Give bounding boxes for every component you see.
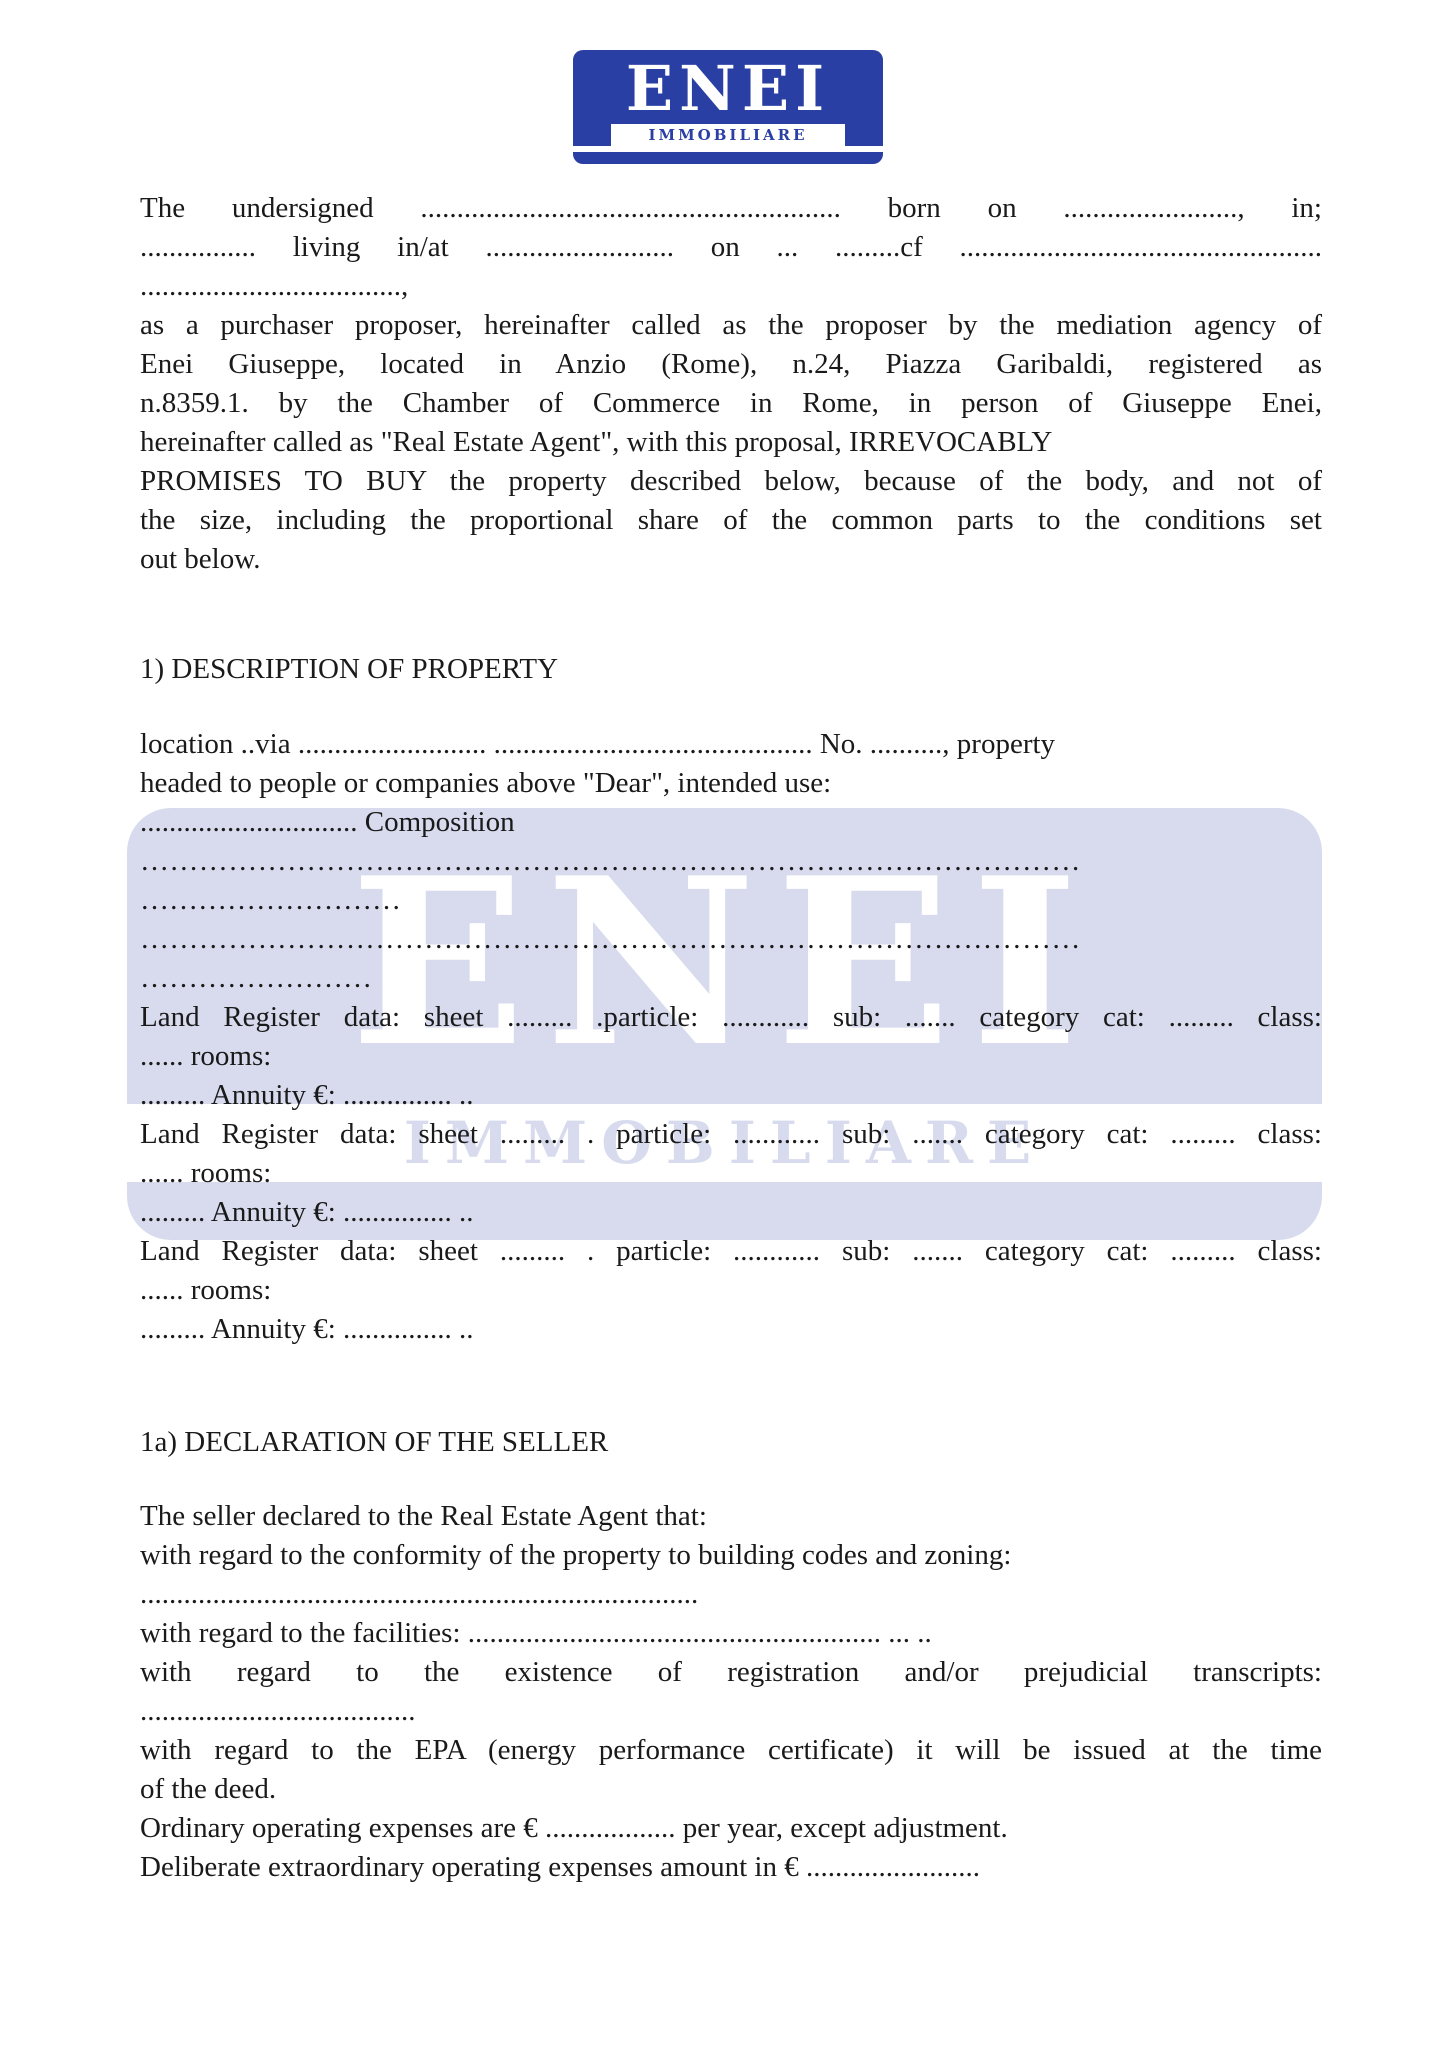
section1a-line: ........................................… <box>140 1576 1322 1612</box>
section1-line: ……………………… <box>140 882 1322 918</box>
intro-line: hereinafter called as "Real Estate Agent… <box>140 424 1310 460</box>
section1a-line: of the deed. <box>140 1771 1322 1807</box>
annuity-line: ......... Annuity €: ............... .. <box>140 1311 1322 1347</box>
section1-line: …………………………………………………………………………………… <box>140 843 1322 879</box>
enei-logo: ENEI IMMOBILIARE <box>573 50 883 164</box>
section1-line: …………………………………………………………………………………… <box>140 921 1322 957</box>
logo-subtitle: IMMOBILIARE <box>611 124 845 146</box>
section1a-line: Ordinary operating expenses are € ......… <box>140 1810 1322 1846</box>
section1-line: .............................. Compositi… <box>140 804 1322 840</box>
section1-line: location ..via .........................… <box>140 726 1322 762</box>
intro-line: out below. <box>140 541 1322 577</box>
section1a-line: with regard to the EPA (energy performan… <box>140 1732 1322 1768</box>
intro-line: ...................................., <box>140 268 1322 304</box>
logo-bar <box>573 146 883 152</box>
section1-line: …………………… <box>140 960 1322 996</box>
section-heading-description: 1) DESCRIPTION OF PROPERTY <box>140 651 1322 687</box>
land-register-line: Land Register data: sheet ......... . pa… <box>140 1116 1322 1152</box>
section1a-line: The seller declared to the Real Estate A… <box>140 1498 1322 1534</box>
rooms-line: ...... rooms: <box>140 1155 1322 1191</box>
section1a-line: with regard to the facilities: .........… <box>140 1615 1322 1651</box>
intro-line: n.8359.1. by the Chamber of Commerce in … <box>140 385 1322 421</box>
section1a-line: with regard to the conformity of the pro… <box>140 1537 1322 1573</box>
intro-line: ................ living in/at ..........… <box>140 229 1322 265</box>
intro-line: PROMISES TO BUY the property described b… <box>140 463 1322 499</box>
intro-line: Enei Giuseppe, located in Anzio (Rome), … <box>140 346 1322 382</box>
land-register-line: Land Register data: sheet ......... .par… <box>140 999 1322 1035</box>
annuity-line: ......... Annuity €: ............... .. <box>140 1077 1322 1113</box>
logo-wordmark: ENEI <box>573 56 883 122</box>
section1a-line: with regard to the existence of registra… <box>140 1654 1322 1690</box>
rooms-line: ...... rooms: <box>140 1038 1322 1074</box>
section1-line: headed to people or companies above "Dea… <box>140 765 1322 801</box>
section1a-line: ...................................... <box>140 1693 1322 1729</box>
section-heading-declaration: 1a) DECLARATION OF THE SELLER <box>140 1424 1322 1460</box>
land-register-line: Land Register data: sheet ......... . pa… <box>140 1233 1322 1269</box>
intro-line: as a purchaser proposer, hereinafter cal… <box>140 307 1322 343</box>
section1a-line: Deliberate extraordinary operating expen… <box>140 1849 1322 1885</box>
rooms-line: ...... rooms: <box>140 1272 1322 1308</box>
intro-line: The undersigned ........................… <box>140 190 1322 226</box>
intro-line: the size, including the proportional sha… <box>140 502 1322 538</box>
annuity-line: ......... Annuity €: ............... .. <box>140 1194 1322 1230</box>
